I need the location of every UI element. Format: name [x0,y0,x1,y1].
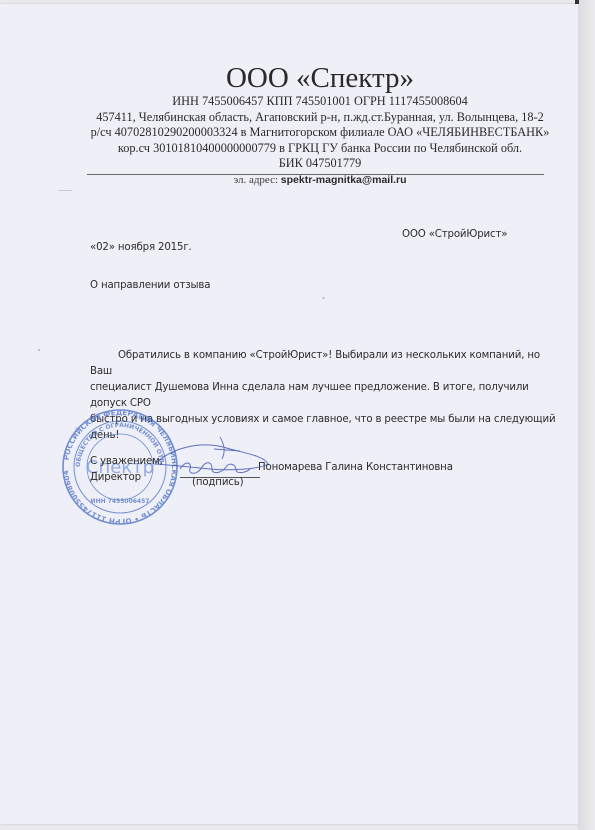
handwritten-signature-icon [150,429,270,484]
letterhead: ООО «Спектр» ИНН 7455006457 КПП 74550100… [80,62,560,188]
bik-line: БИК 047501779 [80,156,560,172]
scan-speck [510,416,512,418]
email-label: эл. адрес: [233,174,278,186]
svg-text:ИНН 7455006457: ИНН 7455006457 [91,498,150,505]
scan-speck [58,190,72,191]
letter-page: ООО «Спектр» ИНН 7455006457 КПП 74550100… [0,4,578,824]
scan-corner-mark [575,0,579,4]
signer-name: Пономарева Галина Константиновна [258,462,453,473]
requisites-line: ИНН 7455006457 КПП 745501001 ОГРН 111745… [80,94,560,110]
letter-subject: О направлении отзыва [90,280,210,291]
corr-account-line: кор.сч 30101810400000000779 в ГРКЦ ГУ ба… [80,141,560,157]
address-line: 457411, Челябинская область, Агаповский … [80,110,560,126]
letterhead-divider [87,174,544,175]
body-line-1: Обратились в компанию «СтройЮрист»! Выби… [90,348,560,380]
scan-speck [38,349,40,351]
recipient: ООО «СтройЮрист» [402,229,507,240]
scan-border [578,0,595,830]
letter-date: «02» ноября 2015г. [90,242,192,253]
scan-speck [322,297,325,299]
company-name: ООО «Спектр» [80,62,560,94]
account-line: р/сч 40702810290200003324 в Магнитогорск… [80,125,560,141]
email-address: spektr-magnitka@mail.ru [281,174,407,186]
